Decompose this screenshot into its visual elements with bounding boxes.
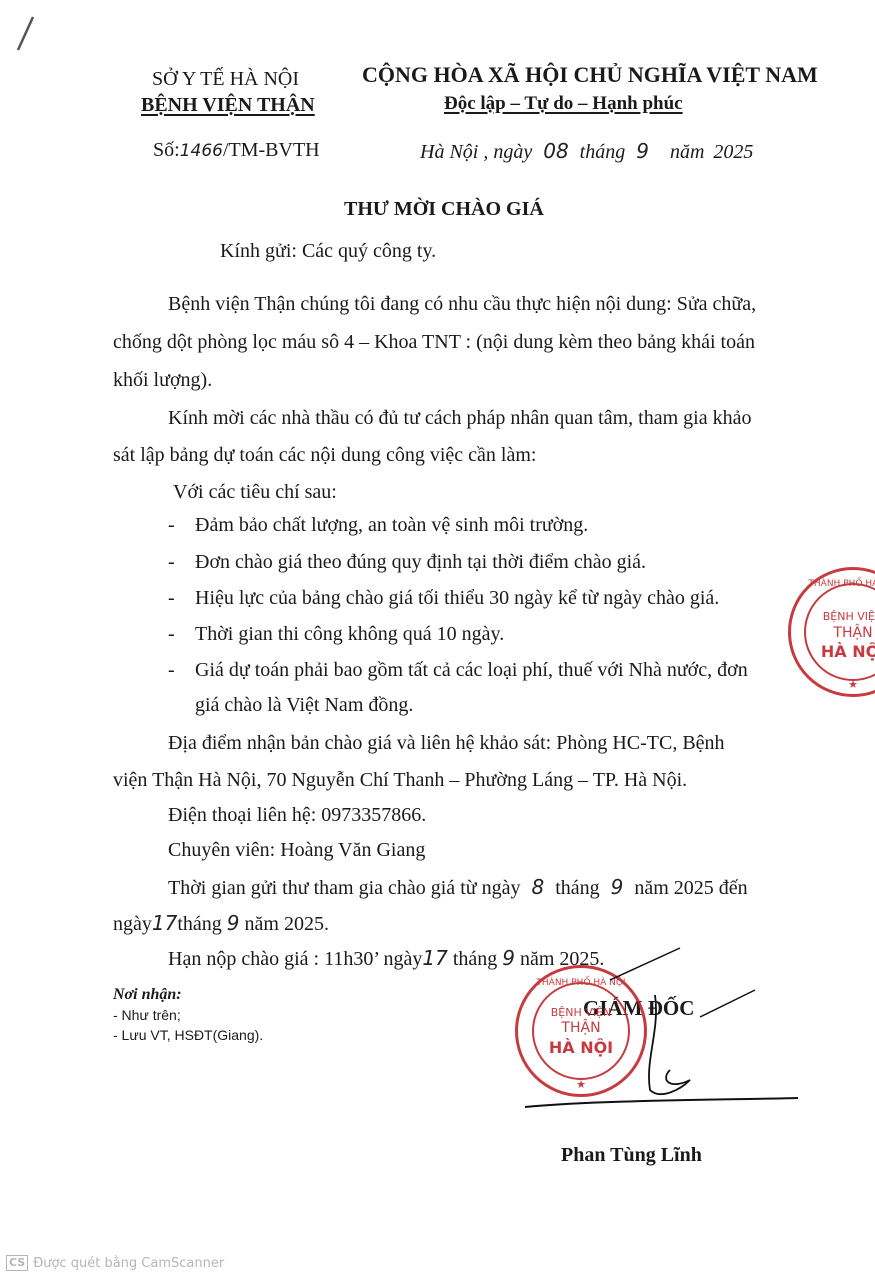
- location-line1: Địa điểm nhận bản chào giá và liên hệ kh…: [168, 732, 725, 755]
- national-motto: Độc lập – Tự do – Hạnh phúc: [444, 93, 683, 115]
- document-title: THƯ MỜI CHÀO GIÁ: [344, 198, 544, 221]
- para2-line1: Kính mời các nhà thầu có đủ tư cách pháp…: [168, 407, 751, 430]
- country-name: CỘNG HÒA XÃ HỘI CHỦ NGHĨA VIỆT NAM: [362, 62, 818, 88]
- period-day-from: 8: [531, 875, 544, 899]
- recipient-item: - Lưu VT, HSĐT(Giang).: [113, 1027, 263, 1043]
- signature-scribble: [520, 940, 820, 1120]
- recipient-item: - Như trên;: [113, 1007, 181, 1023]
- para1-line1: Bệnh viện Thận chúng tôi đang có nhu cầu…: [168, 293, 756, 316]
- date-month: 9: [636, 139, 649, 163]
- criteria-item-cont: giá chào là Việt Nam đồng.: [195, 694, 413, 717]
- date-day: 08: [543, 139, 568, 163]
- para1-line3: khối lượng).: [113, 369, 212, 392]
- recipients-label: Nơi nhận:: [113, 986, 182, 1004]
- signer-name: Phan Tùng Lĩnh: [561, 1144, 702, 1167]
- period-month-to: 9: [227, 911, 240, 935]
- watermark-text: Được quét bằng CamScanner: [33, 1256, 224, 1271]
- criteria-item: -Thời gian thi công không quá 10 ngày.: [168, 623, 504, 646]
- salutation: Kính gửi: Các quý công ty.: [220, 240, 436, 263]
- period-month-from: 9: [611, 875, 624, 899]
- location-line2: viện Thận Hà Nội, 70 Nguyễn Chí Thanh – …: [113, 769, 687, 792]
- para2-line2: sát lập bảng dự toán các nội dung công v…: [113, 444, 536, 467]
- camscanner-logo-icon: CS: [6, 1255, 28, 1271]
- document-number: Số:1466/TM-BVTH: [153, 139, 320, 162]
- specialist: Chuyên viên: Hoàng Văn Giang: [168, 839, 425, 862]
- place-date: Hà Nội , ngày 08 tháng 9 năm 2025: [420, 139, 753, 164]
- camscanner-watermark: CS Được quét bằng CamScanner: [6, 1255, 224, 1271]
- hospital-name: BỆNH VIỆN THẬN: [141, 94, 315, 117]
- submission-period-line2: ngày17tháng 9 năm 2025.: [113, 911, 329, 936]
- contact-phone: Điện thoại liên hệ: 0973357866.: [168, 804, 426, 827]
- deadline-month: 9: [502, 946, 515, 970]
- doc-no-prefix: Số:: [153, 139, 180, 161]
- deadline-day: 17: [422, 946, 447, 970]
- criteria-item: -Đảm bảo chất lượng, an toàn vệ sinh môi…: [168, 514, 588, 537]
- doc-no-handwritten: 1466: [180, 141, 223, 161]
- side-stamp: THÀNH PHỐ HÀ NỘI BỆNH VIỆN THẬN HÀ NỘI ★: [788, 567, 875, 697]
- submission-period-line1: Thời gian gửi thư tham gia chào giá từ n…: [168, 875, 748, 900]
- pen-mark: [14, 14, 36, 54]
- criteria-intro: Với các tiêu chí sau:: [173, 481, 337, 504]
- date-year: 2025: [713, 141, 753, 163]
- criteria-item: -Đơn chào giá theo đúng quy định tại thờ…: [168, 551, 646, 574]
- period-day-to: 17: [152, 911, 177, 935]
- criteria-item: -Giá dự toán phải bao gồm tất cả các loạ…: [168, 659, 748, 682]
- criteria-item: -Hiệu lực của bảng chào giá tối thiểu 30…: [168, 587, 719, 610]
- doc-no-suffix: /TM-BVTH: [223, 139, 320, 161]
- para1-line2: chống dột phòng lọc máu sô 4 – Khoa TNT …: [113, 331, 755, 354]
- ministry-name: SỞ Y TẾ HÀ NỘI: [152, 68, 299, 91]
